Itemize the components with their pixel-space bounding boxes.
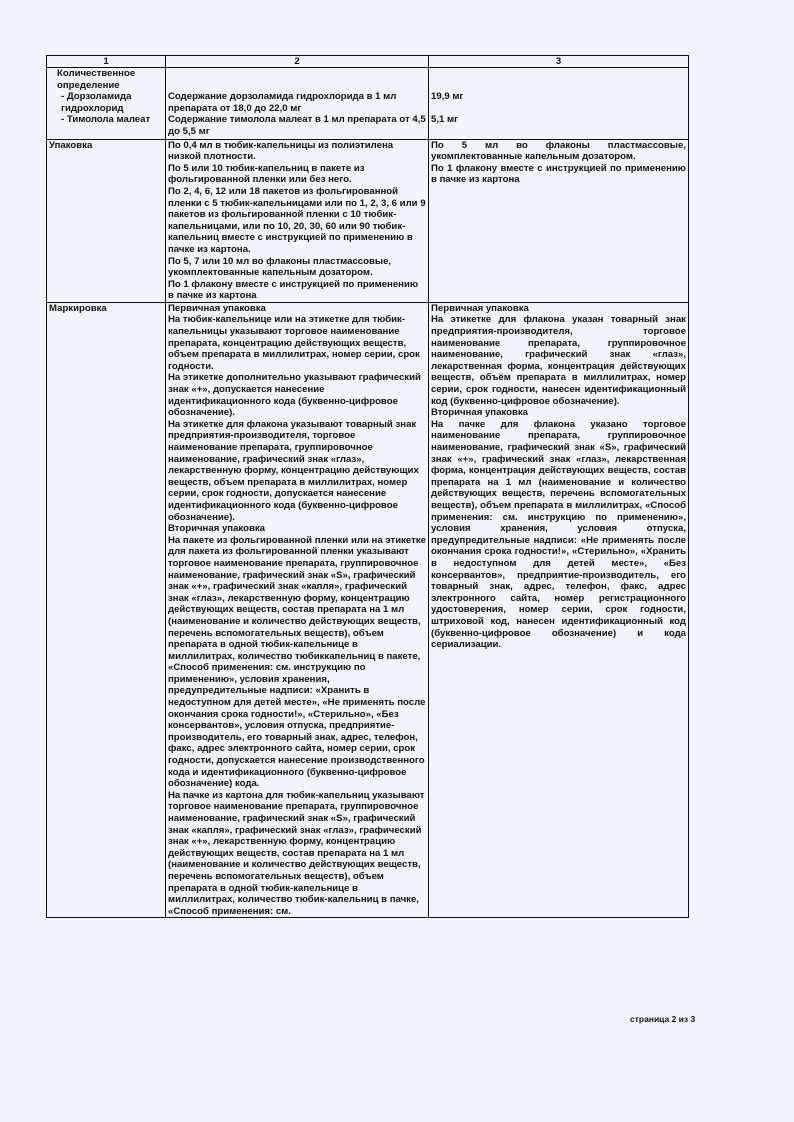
quant-label-line: Количественное [49,68,163,80]
packaging-spec-para: По 2, 4, 6, 12 или 18 пакетов из фольгир… [168,186,426,256]
header-col-3: 3 [429,56,689,68]
quant-value-cell: 19,9 мг 5,1 мг [429,68,689,140]
marking-actual-subheading: Первичная упаковка [431,303,686,315]
marking-spec-para: На тюбик-капельнице или на этикетке для … [168,314,426,372]
row-marking: Маркировка Первичная упаковка На тюбик-к… [47,302,689,917]
quant-item-name: гидрохлорид [49,103,163,115]
marking-actual-cell: Первичная упаковка На этикетке для флако… [429,302,689,917]
packaging-spec-para: По 0,4 мл в тюбик-капельницы из полиэтил… [168,140,426,163]
marking-label: Маркировка [47,302,166,917]
packaging-spec-para: По 5 или 10 тюбик-капельниц в пакете из … [168,163,426,186]
marking-spec-cell: Первичная упаковка На тюбик-капельнице и… [166,302,429,917]
header-col-2: 2 [166,56,429,68]
header-row: 1 2 3 [47,56,689,68]
quant-value-dorzolamide: 19,9 мг [431,91,686,103]
packaging-spec-para: По 1 флакону вместе с инструкцией по при… [168,279,426,302]
marking-spec-para: На этикетке для флакона указывают товарн… [168,419,426,523]
packaging-spec-cell: По 0,4 мл в тюбик-капельницы из полиэтил… [166,139,429,302]
quant-spec-timolol: Содержание тимолола малеат в 1 мл препар… [168,114,426,137]
marking-spec-para: На этикетке дополнительно указывают граф… [168,372,426,418]
packaging-actual-para: По 1 флакону вместе с инструкцией по при… [431,163,686,186]
packaging-actual-cell: По 5 мл во флаконы пластмассовые, укомпл… [429,139,689,302]
marking-spec-para: На пакете из фольгированной пленки или н… [168,535,426,790]
specification-table: 1 2 3 Количественное определение - Дорзо… [46,55,689,918]
row-quantitative: Количественное определение - Дорзоламида… [47,68,689,140]
quant-item-name: - Дорзоламида [49,91,163,103]
marking-spec-subheading: Первичная упаковка [168,303,426,315]
quant-value-timolol: 5,1 мг [431,114,686,126]
quant-item-name: - Тимолола малеат [49,114,163,126]
row-packaging: Упаковка По 0,4 мл в тюбик-капельницы из… [47,139,689,302]
marking-spec-para: На пачке из картона для тюбик-капельниц … [168,790,426,918]
marking-actual-para: На пачке для флакона указано торговое на… [431,419,686,651]
packaging-actual-para: По 5 мл во флаконы пластмассовые, укомпл… [431,140,686,163]
quant-spec-cell: Содержание дорзоламида гидрохлорида в 1 … [166,68,429,140]
packaging-label: Упаковка [47,139,166,302]
header-col-1: 1 [47,56,166,68]
marking-spec-subheading: Вторичная упаковка [168,523,426,535]
quant-label-cell: Количественное определение - Дорзоламида… [47,68,166,140]
page-number: страница 2 из 3 [630,1014,695,1024]
marking-actual-para: На этикетке для флакона указан товарный … [431,314,686,407]
quant-spec-dorzolamide: Содержание дорзоламида гидрохлорида в 1 … [168,91,426,114]
marking-actual-subheading: Вторичная упаковка [431,407,686,419]
packaging-spec-para: По 5, 7 или 10 мл во флаконы пластмассов… [168,256,426,279]
quant-label-line: определение [49,80,163,92]
